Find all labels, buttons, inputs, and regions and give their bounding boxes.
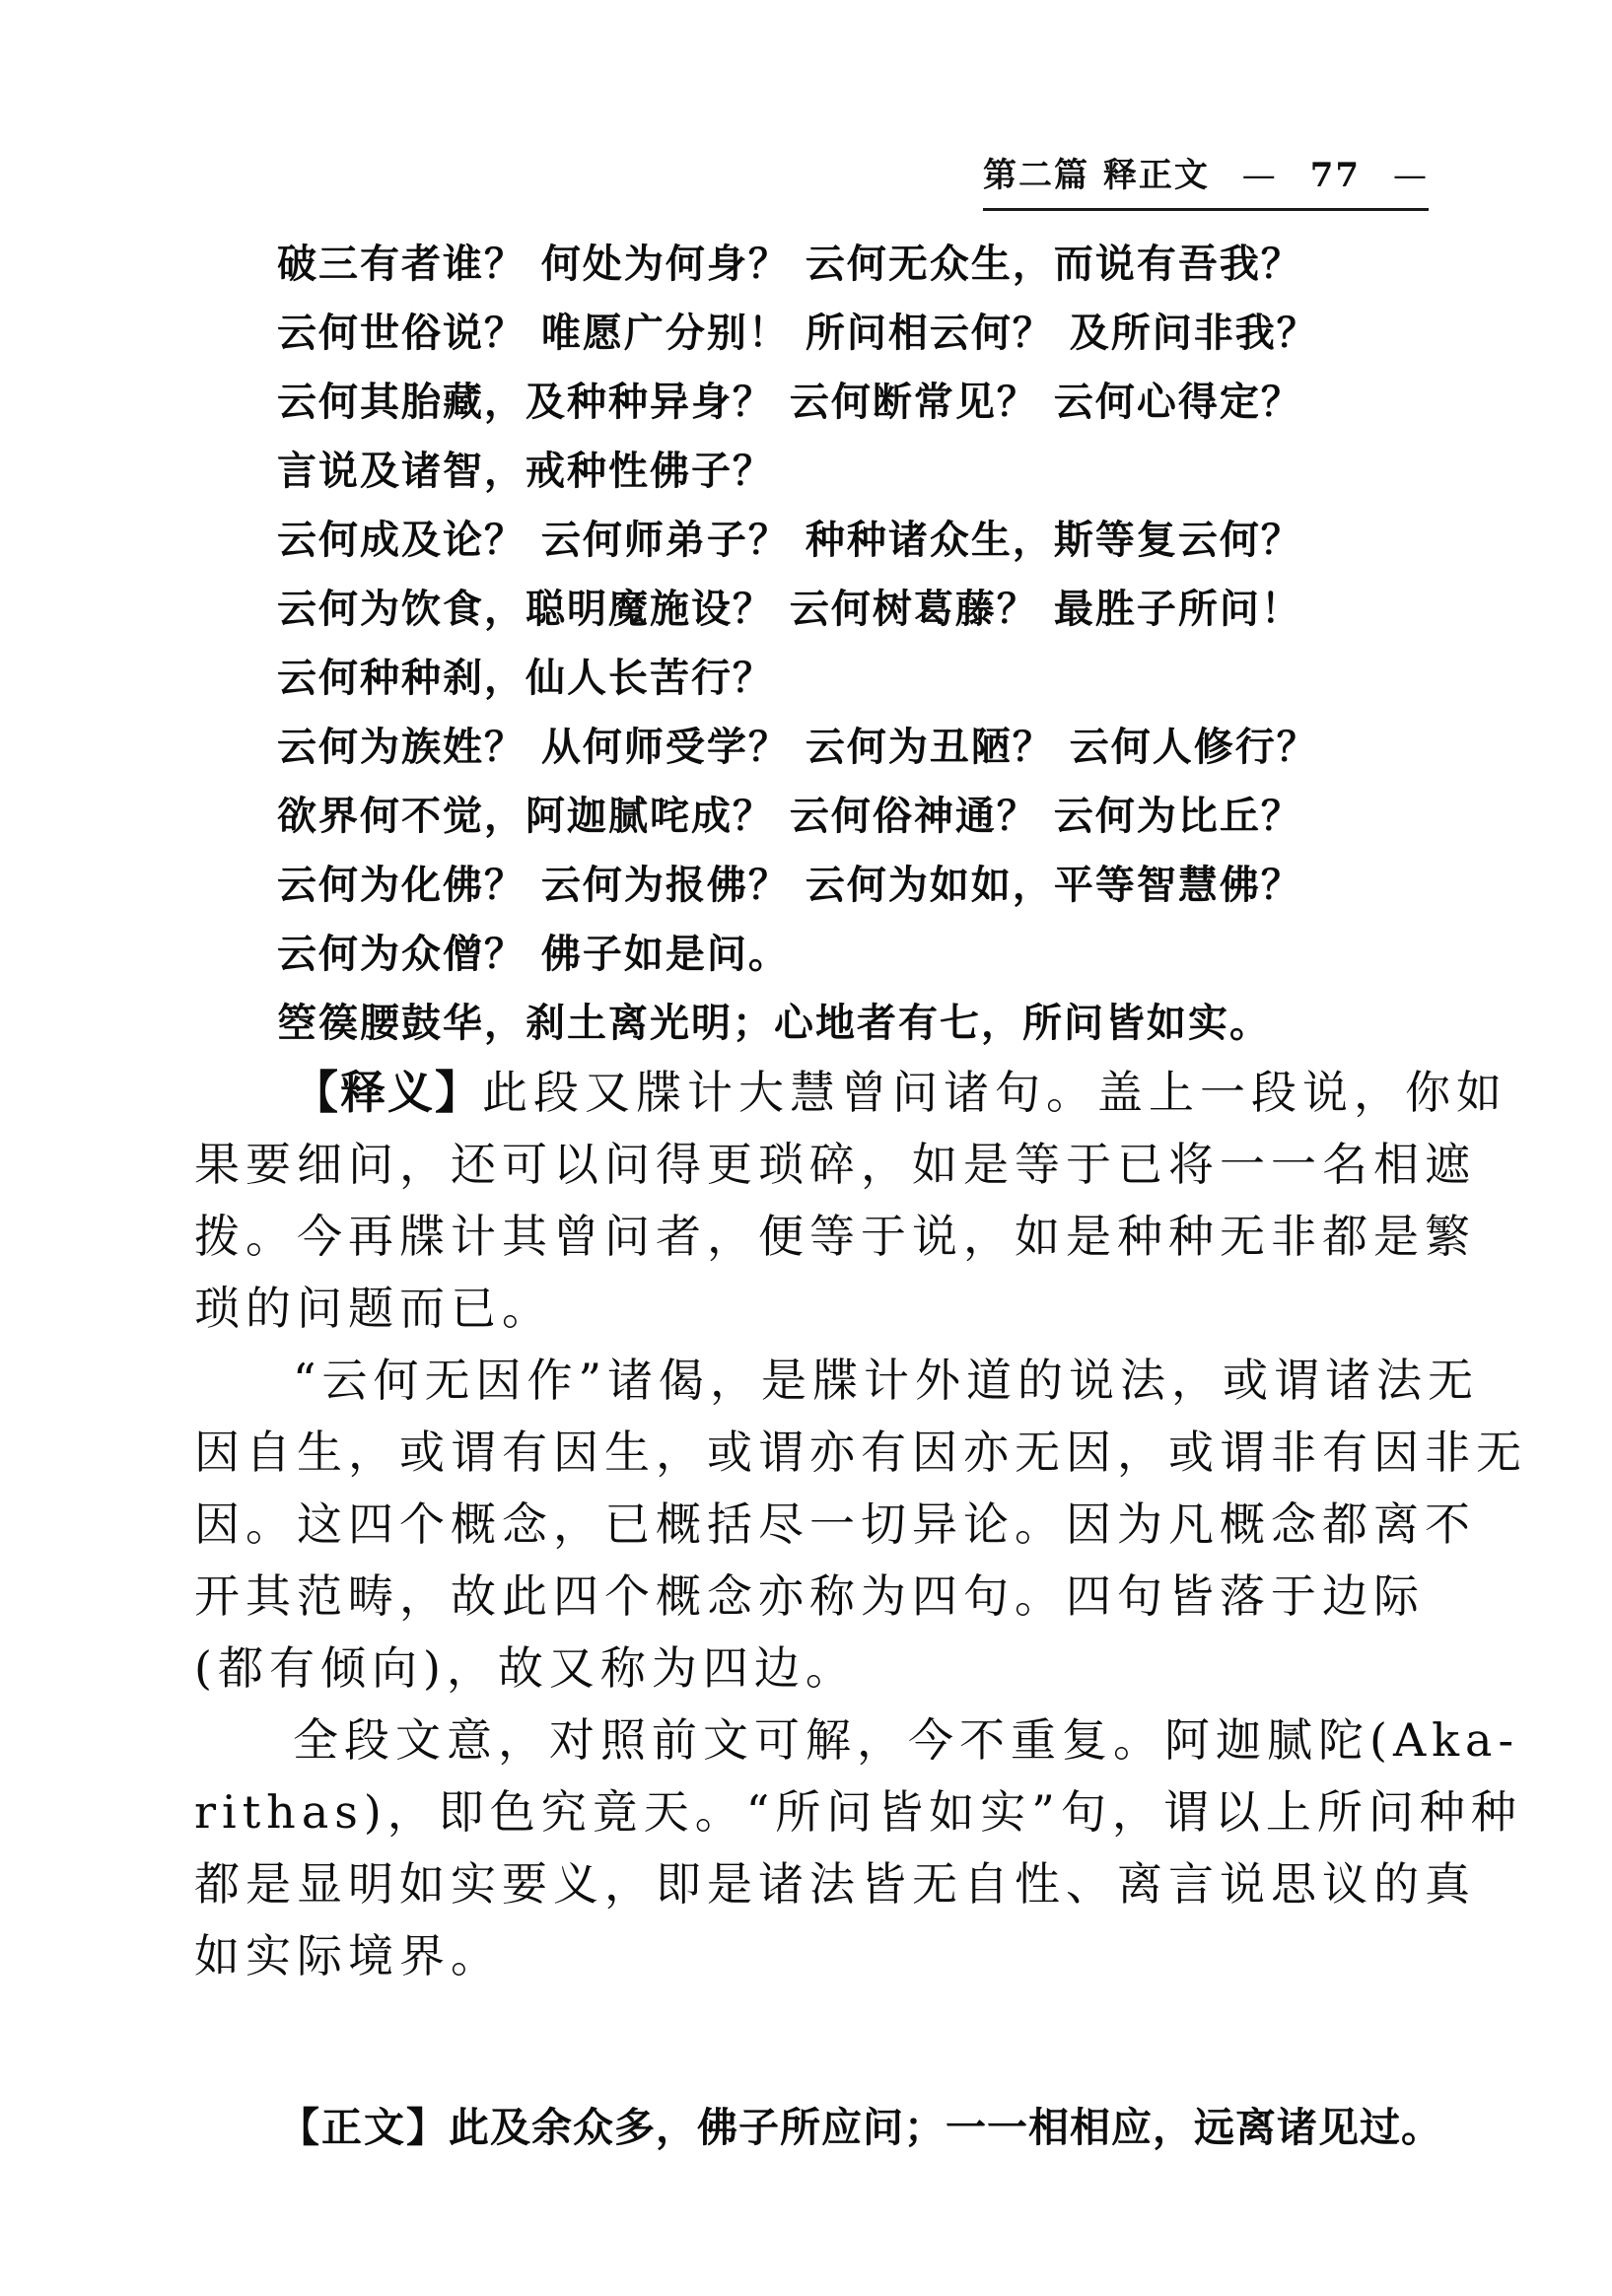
body-line: (都有倾向)，故又称为四边。 <box>194 1633 1446 1705</box>
header-page-number: 77 <box>1310 156 1361 195</box>
verse-line: 云何成及论？ 云何师弟子？ 种种诸众生，斯等复云何？ <box>277 506 1318 575</box>
verse-line: 欲界何不觉，阿迦腻咤成？ 云何俗神通？ 云何为比丘？ <box>277 782 1318 851</box>
verse-line: 云何世俗说？ 唯愿广分别！ 所问相云何？ 及所问非我？ <box>277 299 1318 368</box>
body-line: rithas)，即色究竟天。“所问皆如实”句，谓以上所问种种 <box>194 1776 1446 1848</box>
body-line: 因自生，或谓有因生，或谓亦有因亦无因，或谓非有因非无 <box>194 1417 1446 1489</box>
body-line: 果要细问，还可以问得更琐碎，如是等于已将一一名相遮 <box>194 1129 1446 1201</box>
verse-line: 言说及诸智，戒种性佛子？ <box>277 437 1318 506</box>
verse-line: 箜篌腰鼓华，刹土离光明；心地者有七，所问皆如实。 <box>277 989 1318 1058</box>
body-line: 都是显明如实要义，即是诸法皆无自性、离言说思议的真 <box>194 1848 1446 1920</box>
verse-line: 破三有者谁？ 何处为何身？ 云何无众生，而说有吾我？ <box>277 230 1318 299</box>
body-line: 【释义】此段又牒计大慧曾问诸句。盖上一段说，你如 <box>194 1057 1446 1129</box>
body-line: 全段文意，对照前文可解，今不重复。阿迦腻陀(Aka- <box>194 1705 1446 1776</box>
body-line: “云何无因作”诸偈，是牒计外道的说法，或谓诸法无 <box>194 1345 1446 1417</box>
verse-line: 云何其胎藏，及种种异身？ 云何断常见？ 云何心得定？ <box>277 368 1318 437</box>
header-dash-right: — <box>1393 156 1429 195</box>
zhengwen-text: 此及余众多，佛子所应问；一一相相应，远离诸见过。 <box>449 2104 1442 2151</box>
header-section-title: 第二篇 释正文 <box>983 148 1210 196</box>
body-line: 开其范畴，故此四个概念亦称为四句。四句皆落于边际 <box>194 1561 1446 1633</box>
body-line-text: 此段又牒计大慧曾问诸句。盖上一段说，你如 <box>482 1066 1507 1119</box>
header-dash-left: — <box>1242 156 1278 195</box>
shiyi-label: 【释义】 <box>293 1066 482 1119</box>
verse-line: 云何为化佛？ 云何为报佛？ 云何为如如，平等智慧佛？ <box>277 851 1318 920</box>
verse-line: 云何为族姓？ 从何师受学？ 云何为丑陋？ 云何人修行？ <box>277 713 1318 782</box>
page-header: 第二篇 释正文 — 77 — <box>983 148 1429 211</box>
body-line: 如实际境界。 <box>194 1920 1446 1992</box>
zhengwen-label: 【正文】 <box>279 2104 449 2151</box>
book-page: 第二篇 释正文 — 77 — 破三有者谁？ 何处为何身？ 云何无众生，而说有吾我… <box>0 0 1612 2296</box>
commentary-section: 【释义】此段又牒计大慧曾问诸句。盖上一段说，你如 果要细问，还可以问得更琐碎，如… <box>194 1057 1446 1992</box>
main-text-line: 【正文】此及余众多，佛子所应问；一一相相应，远离诸见过。 <box>279 2098 1442 2157</box>
verse-line: 云何种种刹，仙人长苦行？ <box>277 644 1318 713</box>
verse-line: 云何为众僧？ 佛子如是问。 <box>277 920 1318 989</box>
body-line: 因。这四个概念，已概括尽一切异论。因为凡概念都离不 <box>194 1489 1446 1561</box>
body-line: 拨。今再牒计其曾问者，便等于说，如是种种无非都是繁 <box>194 1201 1446 1273</box>
body-line: 琐的问题而已。 <box>194 1273 1446 1345</box>
verse-block: 破三有者谁？ 何处为何身？ 云何无众生，而说有吾我？ 云何世俗说？ 唯愿广分别！… <box>277 230 1318 1058</box>
verse-line: 云何为饮食，聪明魔施设？ 云何树葛藤？ 最胜子所问！ <box>277 575 1318 644</box>
